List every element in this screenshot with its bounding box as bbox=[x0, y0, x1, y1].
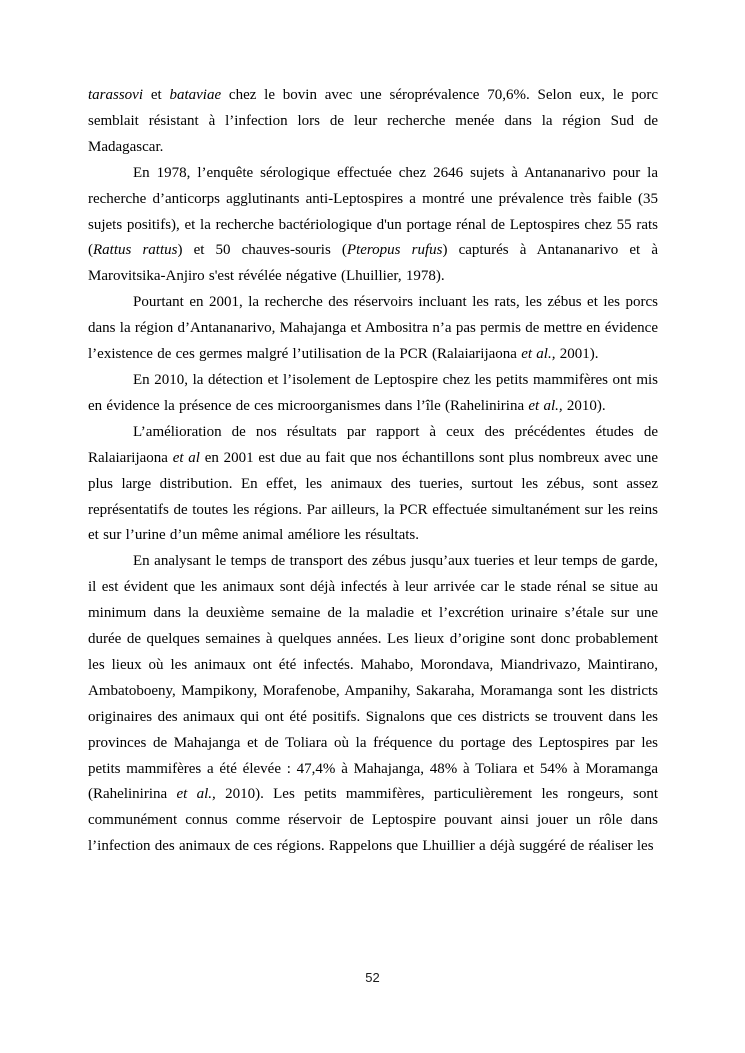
italic-text: et al., bbox=[521, 346, 555, 362]
body-text: 2001). bbox=[555, 346, 598, 362]
paragraph-4: En 2010, la détection et l’isolement de … bbox=[88, 368, 658, 420]
paragraph-2: En 1978, l’enquête sérologique effectuée… bbox=[88, 161, 658, 291]
paragraph-5: L’amélioration de nos résultats par rapp… bbox=[88, 420, 658, 550]
body-text: ) et 50 chauves-souris ( bbox=[177, 242, 346, 258]
italic-text: et al bbox=[173, 450, 200, 466]
body-text: 2010). bbox=[563, 398, 606, 414]
document-body: tarassovi et bataviae chez le bovin avec… bbox=[88, 83, 658, 860]
italic-text: et al., bbox=[528, 398, 562, 414]
italic-text: Pteropus rufus bbox=[347, 242, 443, 258]
paragraph-3: Pourtant en 2001, la recherche des réser… bbox=[88, 290, 658, 368]
paragraph-1: tarassovi et bataviae chez le bovin avec… bbox=[88, 83, 658, 161]
italic-text: Rattus rattus bbox=[93, 242, 177, 258]
page-number: 52 bbox=[0, 970, 745, 985]
document-page: tarassovi et bataviae chez le bovin avec… bbox=[0, 0, 745, 1053]
italic-text: tarassovi bbox=[88, 87, 143, 103]
italic-text: et al., bbox=[176, 786, 215, 802]
italic-text: bataviae bbox=[169, 87, 221, 103]
body-text: et bbox=[143, 87, 169, 103]
paragraph-6: En analysant le temps de transport des z… bbox=[88, 549, 658, 860]
body-text: En analysant le temps de transport des z… bbox=[88, 553, 658, 802]
